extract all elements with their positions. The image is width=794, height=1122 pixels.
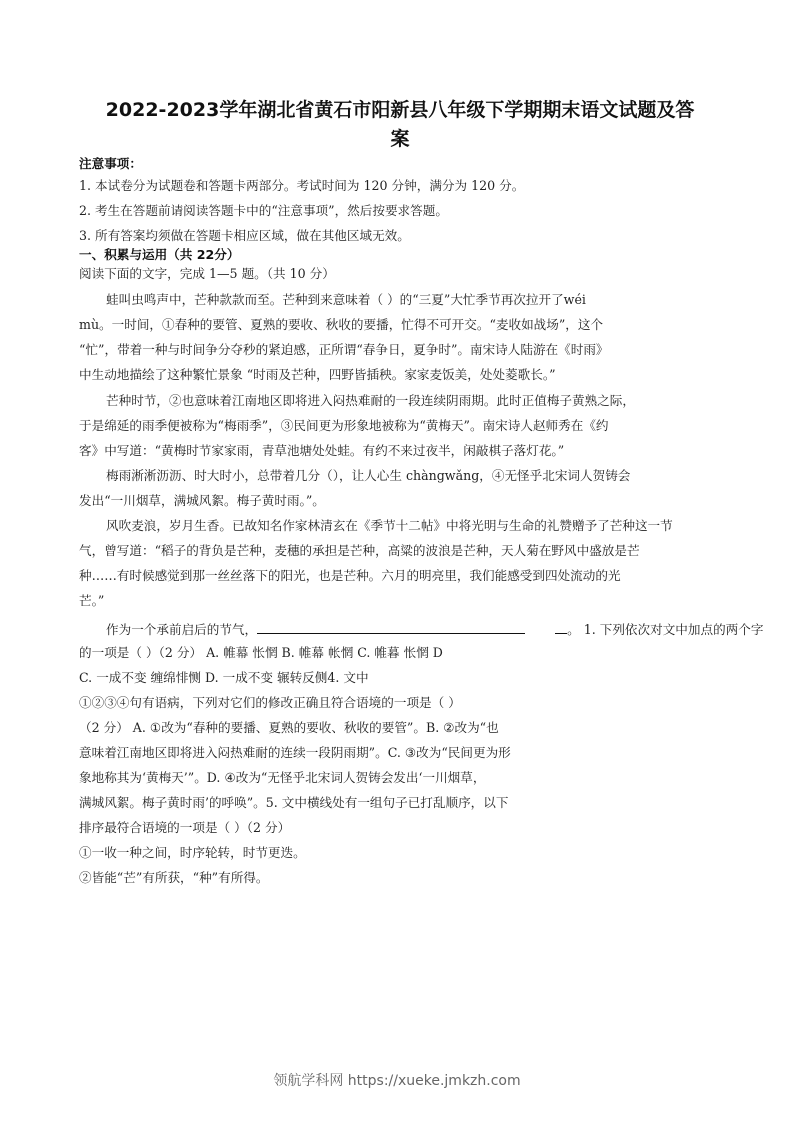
passage-line: 中生动地描绘了这种繁忙景象 “时雨及芒种，四野皆插秧。家家麦饭美，处处菱歌长。” xyxy=(79,367,556,383)
notice-item-3: 3. 所有答案均须做在答题卡相应区域，做在其他区域无效。 xyxy=(79,228,410,244)
notice-item-2: 2. 考生在答题前请阅读答题卡中的“注意事项”，然后按要求答题。 xyxy=(79,203,448,219)
fill-prefix: 作为一个承前启后的节气， xyxy=(106,622,257,637)
section-heading: 一、积累与运用（共 22分） xyxy=(79,247,239,263)
passage-line: 气，曾写道：“稻子的背负是芒种，麦穗的承担是芒种，高粱的波浪是芒种，天人菊在野风… xyxy=(79,543,640,559)
passage-line: 梅雨淅淅沥沥、时大时小，总带着几分（），让人心生 chàngwǎng，④无怪乎北… xyxy=(106,468,630,484)
section-intro: 阅读下面的文字，完成 1—5 题。（共 10 分） xyxy=(79,266,335,282)
passage-line: 蛙叫虫鸣声中，芒种款款而至。芒种到来意味着（ ）的“三夏”大忙季节再次拉开了wé… xyxy=(106,292,586,308)
passage-line: 于是绵延的雨季便被称为“梅雨季”，③民间更为形象地被称为“黄梅天”。南宋诗人赵师… xyxy=(79,418,609,434)
question-line: 排序最符合语境的一项是（ ）（2 分） xyxy=(79,820,290,836)
passage-line: 种……有时候感觉到那一丝丝落下的阳光，也是芒种。六月的明亮里，我们能感受到四处流… xyxy=(79,568,621,584)
document-title: 2022-2023学年湖北省黄石市阳新县八年级下学期期末语文试题及答 案 xyxy=(60,96,740,154)
fill-in-blank-line: 作为一个承前启后的节气，。 1. 下列依次对文中加点的两个字 xyxy=(106,620,763,638)
fill-suffix: 。 1. 下列依次对文中加点的两个字 xyxy=(567,622,763,637)
footer-watermark: 领航学科网 https://xueke.jmkzh.com xyxy=(0,1070,794,1090)
passage-line: mù。一时间，①春种的要管、夏熟的要收、秋收的要播，忙得不可开交。“麦收如战场”… xyxy=(79,317,603,333)
passage-line: 芒。” xyxy=(79,593,104,609)
question-line: 满城风絮。梅子黄时雨’的呼唤”。5. 文中横线处有一组句子已打乱顺序，以下 xyxy=(79,795,508,811)
notice-item-1: 1. 本试卷分为试题卷和答题卡两部分。考试时间为 120 分钟，满分为 120 … xyxy=(79,178,524,194)
question-line: ①一收一种之间，时序轮转，时节更迭。 xyxy=(79,845,306,861)
title-line-2: 案 xyxy=(60,125,740,154)
question-line: 的一项是（ ）（2 分） A. 帷幕 怅惘 B. 帷幕 帐惘 C. 帷暮 怅惘 … xyxy=(79,645,443,661)
question-line: （2 分） A. ①改为“春种的要播、夏熟的要收、秋收的要管”。B. ②改为“也 xyxy=(79,720,499,736)
answer-blank-short[interactable] xyxy=(555,620,567,634)
question-line: ②皆能“芒”有所获，“种”有所得。 xyxy=(79,870,268,886)
question-line: C. 一成不变 缠绵悱恻 D. 一成不变 辗转反侧4. 文中 xyxy=(79,670,369,686)
passage-line: 芒种时节，②也意味着江南地区即将进入闷热难耐的一段连续阴雨期。此时正值梅子黄熟之… xyxy=(106,393,635,409)
question-line: 意味着江南地区即将进入闷热难耐的连续一段阴雨期”。C. ③改为“民间更为形 xyxy=(79,745,511,761)
passage-line: 客》中写道：“黄梅时节家家雨，青草池塘处处蛙。有约不来过夜半，闲敲棋子落灯花。” xyxy=(79,443,564,459)
passage-line: 风吹麦浪，岁月生香。已故知名作家林清玄在《季节十二帖》中将光明与生命的礼赞赠予了… xyxy=(106,518,673,534)
answer-blank[interactable] xyxy=(257,620,525,634)
question-line: ①②③④句有语病，下列对它们的修改正确且符合语境的一项是（ ） xyxy=(79,695,461,711)
title-line-1: 2022-2023学年湖北省黄石市阳新县八年级下学期期末语文试题及答 xyxy=(60,96,740,125)
question-line: 象地称其为‘黄梅天’”。D. ④改为“无怪乎北宋词人贺铸会发出‘一川烟草， xyxy=(79,770,485,786)
notice-heading: 注意事项： xyxy=(79,156,142,172)
passage-line: 发出“一川烟草，满城风絮。梅子黄时雨。”。 xyxy=(79,493,325,509)
passage-line: “忙”，带着一种与时间争分夺秒的紧迫感，正所谓“春争日，夏争时”。南宋诗人陆游在… xyxy=(79,342,609,358)
